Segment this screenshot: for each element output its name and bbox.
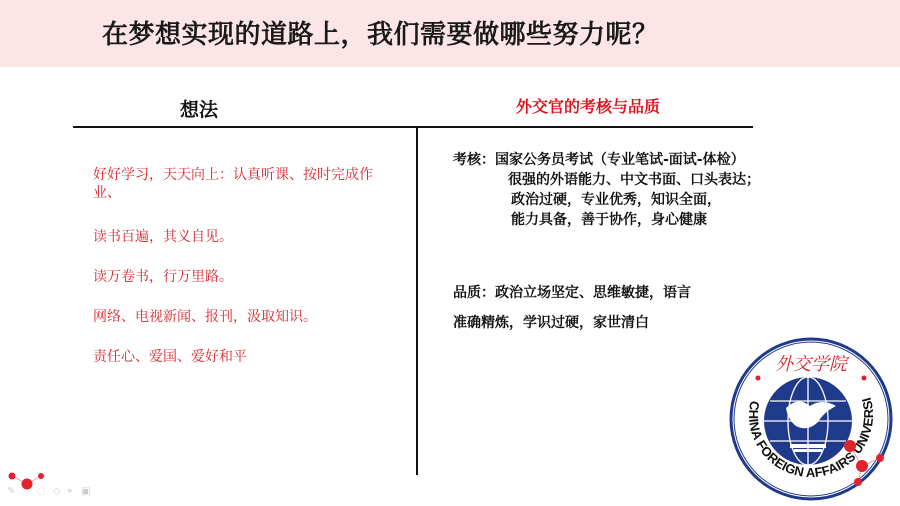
logo-chinese-text: 外交学院	[775, 354, 850, 375]
horizontal-divider	[73, 126, 753, 128]
qualities-line: 准确精炼，学识过硬，家世清白	[453, 308, 691, 338]
assessment-block: 考核：国家公务员考试（专业笔试-面试-体检） 很强的外语能力、中文书面、口头表达…	[453, 150, 760, 230]
idea-item: 读书百遍，其义自见。	[93, 228, 393, 246]
assessment-line: 考核：国家公务员考试（专业笔试-面试-体检）	[453, 150, 760, 170]
eraser-icon[interactable]: ◌	[37, 486, 46, 497]
assessment-line: 政治过硬，专业优秀，知识全面，	[453, 190, 760, 210]
idea-item: 读万卷书，行万里路。	[93, 268, 393, 286]
annotation-toolbar: ✎ ◌ ◇ ⌖ ▣	[5, 470, 95, 500]
pen-icon[interactable]: ✎	[7, 486, 15, 497]
vertical-divider	[416, 127, 418, 475]
highlighter-icon[interactable]: ◇	[53, 486, 61, 497]
assessment-line: 能力具备，善于协作，身心健康	[453, 210, 760, 230]
assessment-line: 很强的外语能力、中文书面、口头表达；	[453, 170, 760, 190]
qualities-line: 品质：政治立场坚定、思维敏捷，语言	[453, 278, 691, 308]
left-column-heading: 想法	[180, 95, 218, 122]
pointer-icon[interactable]: ⌖	[67, 486, 73, 497]
cfau-logo: 外交学院 CHINA FOREIGN AFFAIRS UNIVERSITY	[728, 336, 894, 502]
idea-item: 好好学习，天天向上：认真听课、按时完成作业、	[93, 166, 393, 202]
right-column-heading: 外交官的考核与品质	[516, 94, 660, 117]
slide-title: 在梦想实现的道路上，我们需要做哪些努力呢？	[102, 14, 659, 51]
assessment-label: 考核：	[453, 152, 495, 168]
title-bar: 在梦想实现的道路上，我们需要做哪些努力呢？	[0, 0, 900, 67]
idea-item: 网络、电视新闻、报刊，汲取知识。	[93, 308, 393, 326]
qualities-block: 品质：政治立场坚定、思维敏捷，语言 准确精炼，学识过硬，家世清白	[453, 278, 691, 338]
comment-icon[interactable]: ▣	[81, 486, 90, 497]
idea-item: 责任心、爱国、爱好和平	[93, 348, 393, 366]
